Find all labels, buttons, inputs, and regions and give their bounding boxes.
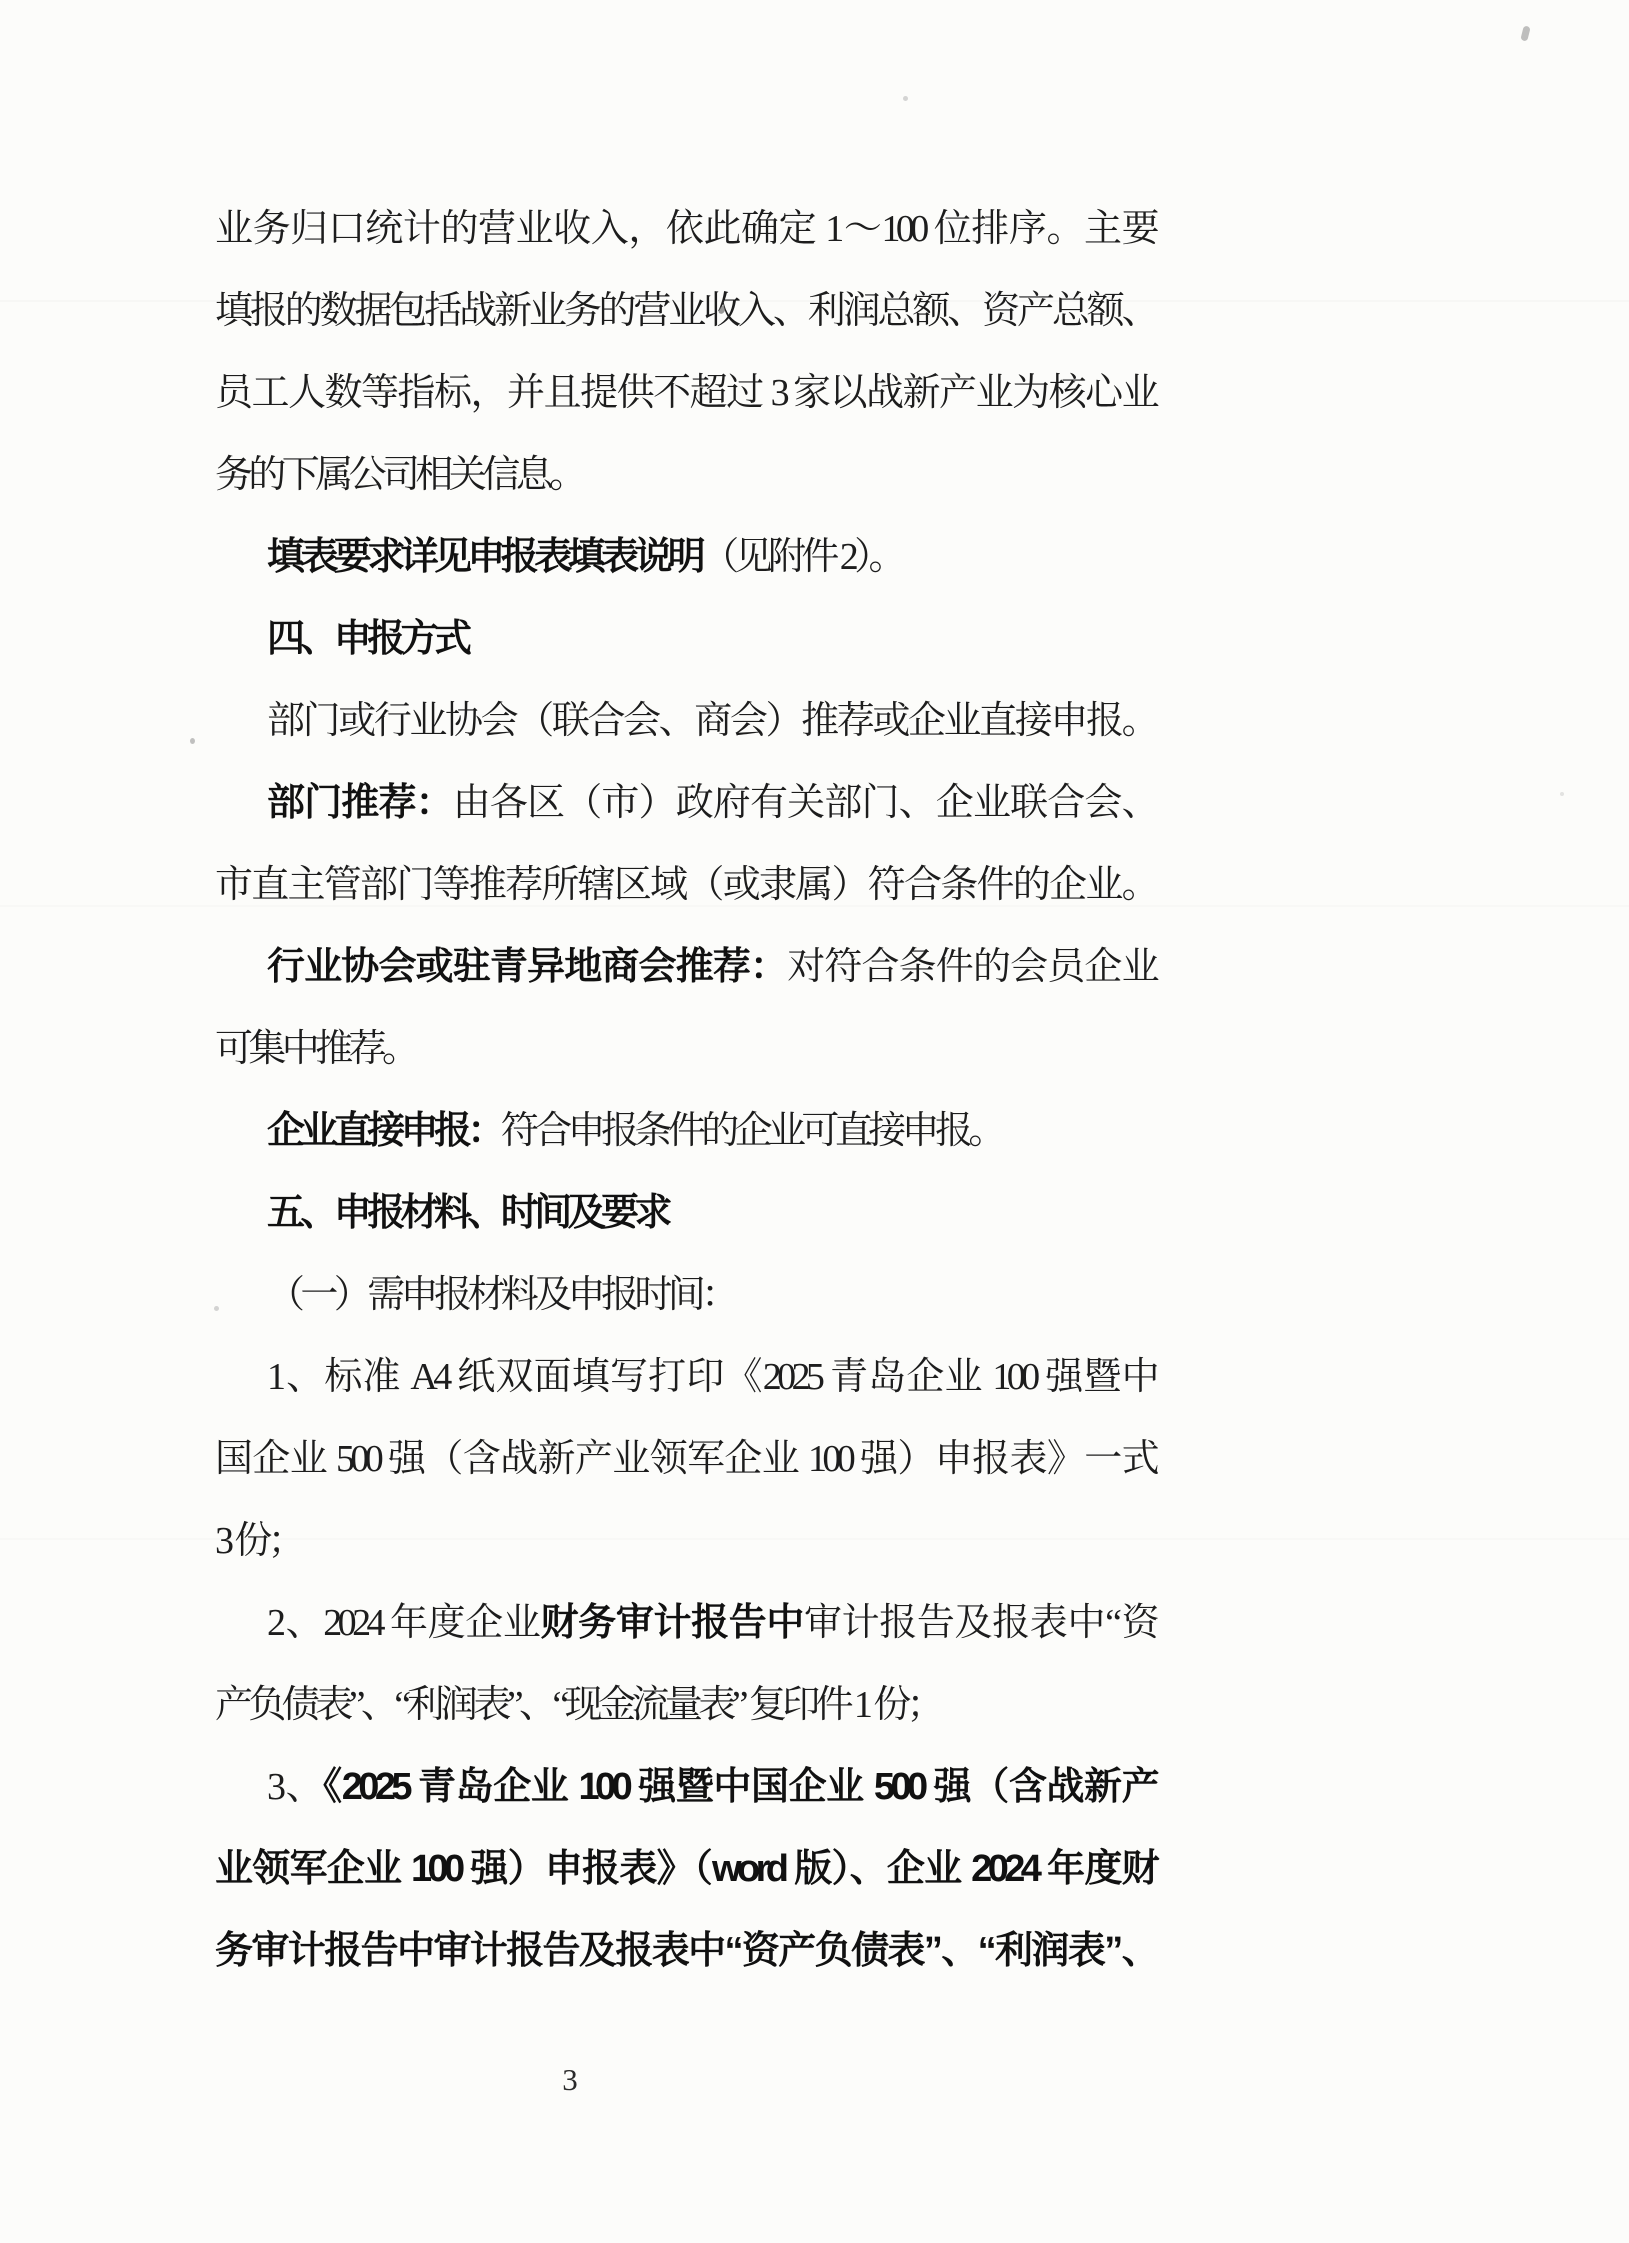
text-line: 可集中推荐。 — [215, 1008, 1155, 1090]
text-line: 业务归口统计的营业收入，依此确定 1～100 位排序。主要 — [215, 188, 1155, 270]
text-segment: 填报的数据包括战新业务的营业收入、利润总额、资产总额、 — [215, 290, 1155, 332]
text-segment: 审计报告及报表中“资 — [804, 1602, 1155, 1644]
bold-text-segment: 四、申报方式 — [267, 618, 467, 660]
text-line: 2、2024 年度企业财务审计报告中审计报告及报表中“资 — [215, 1582, 1155, 1664]
bold-text-segment: 业领军企业 100 强）申报表》（word 版）、企业 2024 年度财 — [215, 1848, 1155, 1890]
text-line: 填报的数据包括战新业务的营业收入、利润总额、资产总额、 — [215, 270, 1155, 352]
text-segment: （见附件 2）。 — [701, 536, 902, 578]
bold-text-segment: 五、申报材料、时间及要求 — [267, 1192, 668, 1234]
bold-text-segment: 行业协会或驻青异地商会推荐： — [267, 946, 787, 988]
text-segment: 1、标准 A4 纸双面填写打印《2025 青岛企业 100 强暨中 — [267, 1356, 1155, 1398]
scan-artifact — [1560, 792, 1564, 796]
bold-text-segment: 填表要求详见申报表填表说明 — [267, 536, 701, 578]
text-segment: （一）需申报材料及申报时间： — [267, 1274, 735, 1316]
text-line: 3、《2025 青岛企业 100 强暨中国企业 500 强（含战新产 — [215, 1746, 1155, 1828]
text-line: 部门推荐：由各区（市）政府有关部门、企业联合会、 — [215, 762, 1155, 844]
text-segment: 由各区（市）政府有关部门、企业联合会、 — [453, 782, 1155, 824]
text-segment: 符合申报条件的企业可直接申报。 — [501, 1110, 1002, 1152]
page-number: 3 — [540, 2062, 600, 2098]
text-line: 填表要求详见申报表填表说明（见附件 2）。 — [215, 516, 1155, 598]
text-line: 业领军企业 100 强）申报表》（word 版）、企业 2024 年度财 — [215, 1828, 1155, 1910]
bold-text-segment: 财务审计报告中 — [541, 1602, 804, 1644]
text-line: 市直主管部门等推荐所辖区域（或隶属）符合条件的企业。 — [215, 844, 1155, 926]
text-segment: 3、 — [267, 1766, 323, 1808]
scan-artifact — [1520, 25, 1530, 41]
text-line: 务的下属公司相关信息。 — [215, 434, 1155, 516]
text-line: 3 份； — [215, 1500, 1155, 1582]
text-line: 务审计报告中审计报告及报表中“资产负债表”、“利润表”、 — [215, 1910, 1155, 1992]
text-segment: 产负债表”、“利润表”、“现金流量表” 复印件 1 份； — [215, 1684, 940, 1726]
text-segment: 部门或行业协会（联合会、商会）推荐或企业直接申报。 — [267, 700, 1155, 742]
text-line: 五、申报材料、时间及要求 — [215, 1172, 1155, 1254]
text-segment: 国企业 500 强（含战新产业领军企业 100 强）申报表》一式 — [215, 1438, 1155, 1480]
bold-text-segment: 《2025 青岛企业 100 强暨中国企业 500 强（含战新产 — [323, 1766, 1155, 1808]
text-line: 国企业 500 强（含战新产业领军企业 100 强）申报表》一式 — [215, 1418, 1155, 1500]
text-line: 1、标准 A4 纸双面填写打印《2025 青岛企业 100 强暨中 — [215, 1336, 1155, 1418]
bold-text-segment: 务审计报告中审计报告及报表中“资产负债表”、“利润表”、 — [215, 1930, 1155, 1972]
text-line: 四、申报方式 — [215, 598, 1155, 680]
text-segment: 对符合条件的会员企业 — [787, 946, 1155, 988]
text-line: 产负债表”、“利润表”、“现金流量表” 复印件 1 份； — [215, 1664, 1155, 1746]
bold-text-segment: 企业直接申报： — [267, 1110, 501, 1152]
text-segment: 业务归口统计的营业收入，依此确定 1～100 位排序。主要 — [215, 208, 1155, 250]
text-line: （一）需申报材料及申报时间： — [215, 1254, 1155, 1336]
scan-artifact — [903, 96, 908, 101]
bold-text-segment: 部门推荐： — [267, 782, 453, 824]
text-segment: 可集中推荐。 — [215, 1028, 415, 1070]
text-line: 员工人数等指标，并且提供不超过 3 家以战新产业为核心业 — [215, 352, 1155, 434]
text-segment: 市直主管部门等推荐所辖区域（或隶属）符合条件的企业。 — [215, 864, 1155, 906]
scan-artifact — [190, 738, 195, 744]
text-line: 企业直接申报：符合申报条件的企业可直接申报。 — [215, 1090, 1155, 1172]
text-block: 业务归口统计的营业收入，依此确定 1～100 位排序。主要填报的数据包括战新业务… — [215, 188, 1155, 1992]
text-segment: 务的下属公司相关信息。 — [215, 454, 582, 496]
text-segment: 2、2024 年度企业 — [267, 1602, 541, 1644]
text-segment: 3 份； — [215, 1520, 301, 1562]
text-line: 部门或行业协会（联合会、商会）推荐或企业直接申报。 — [215, 680, 1155, 762]
text-segment: 员工人数等指标，并且提供不超过 3 家以战新产业为核心业 — [215, 372, 1155, 414]
scanned-document-page: 业务归口统计的营业收入，依此确定 1～100 位排序。主要填报的数据包括战新业务… — [0, 0, 1629, 2243]
text-line: 行业协会或驻青异地商会推荐：对符合条件的会员企业 — [215, 926, 1155, 1008]
